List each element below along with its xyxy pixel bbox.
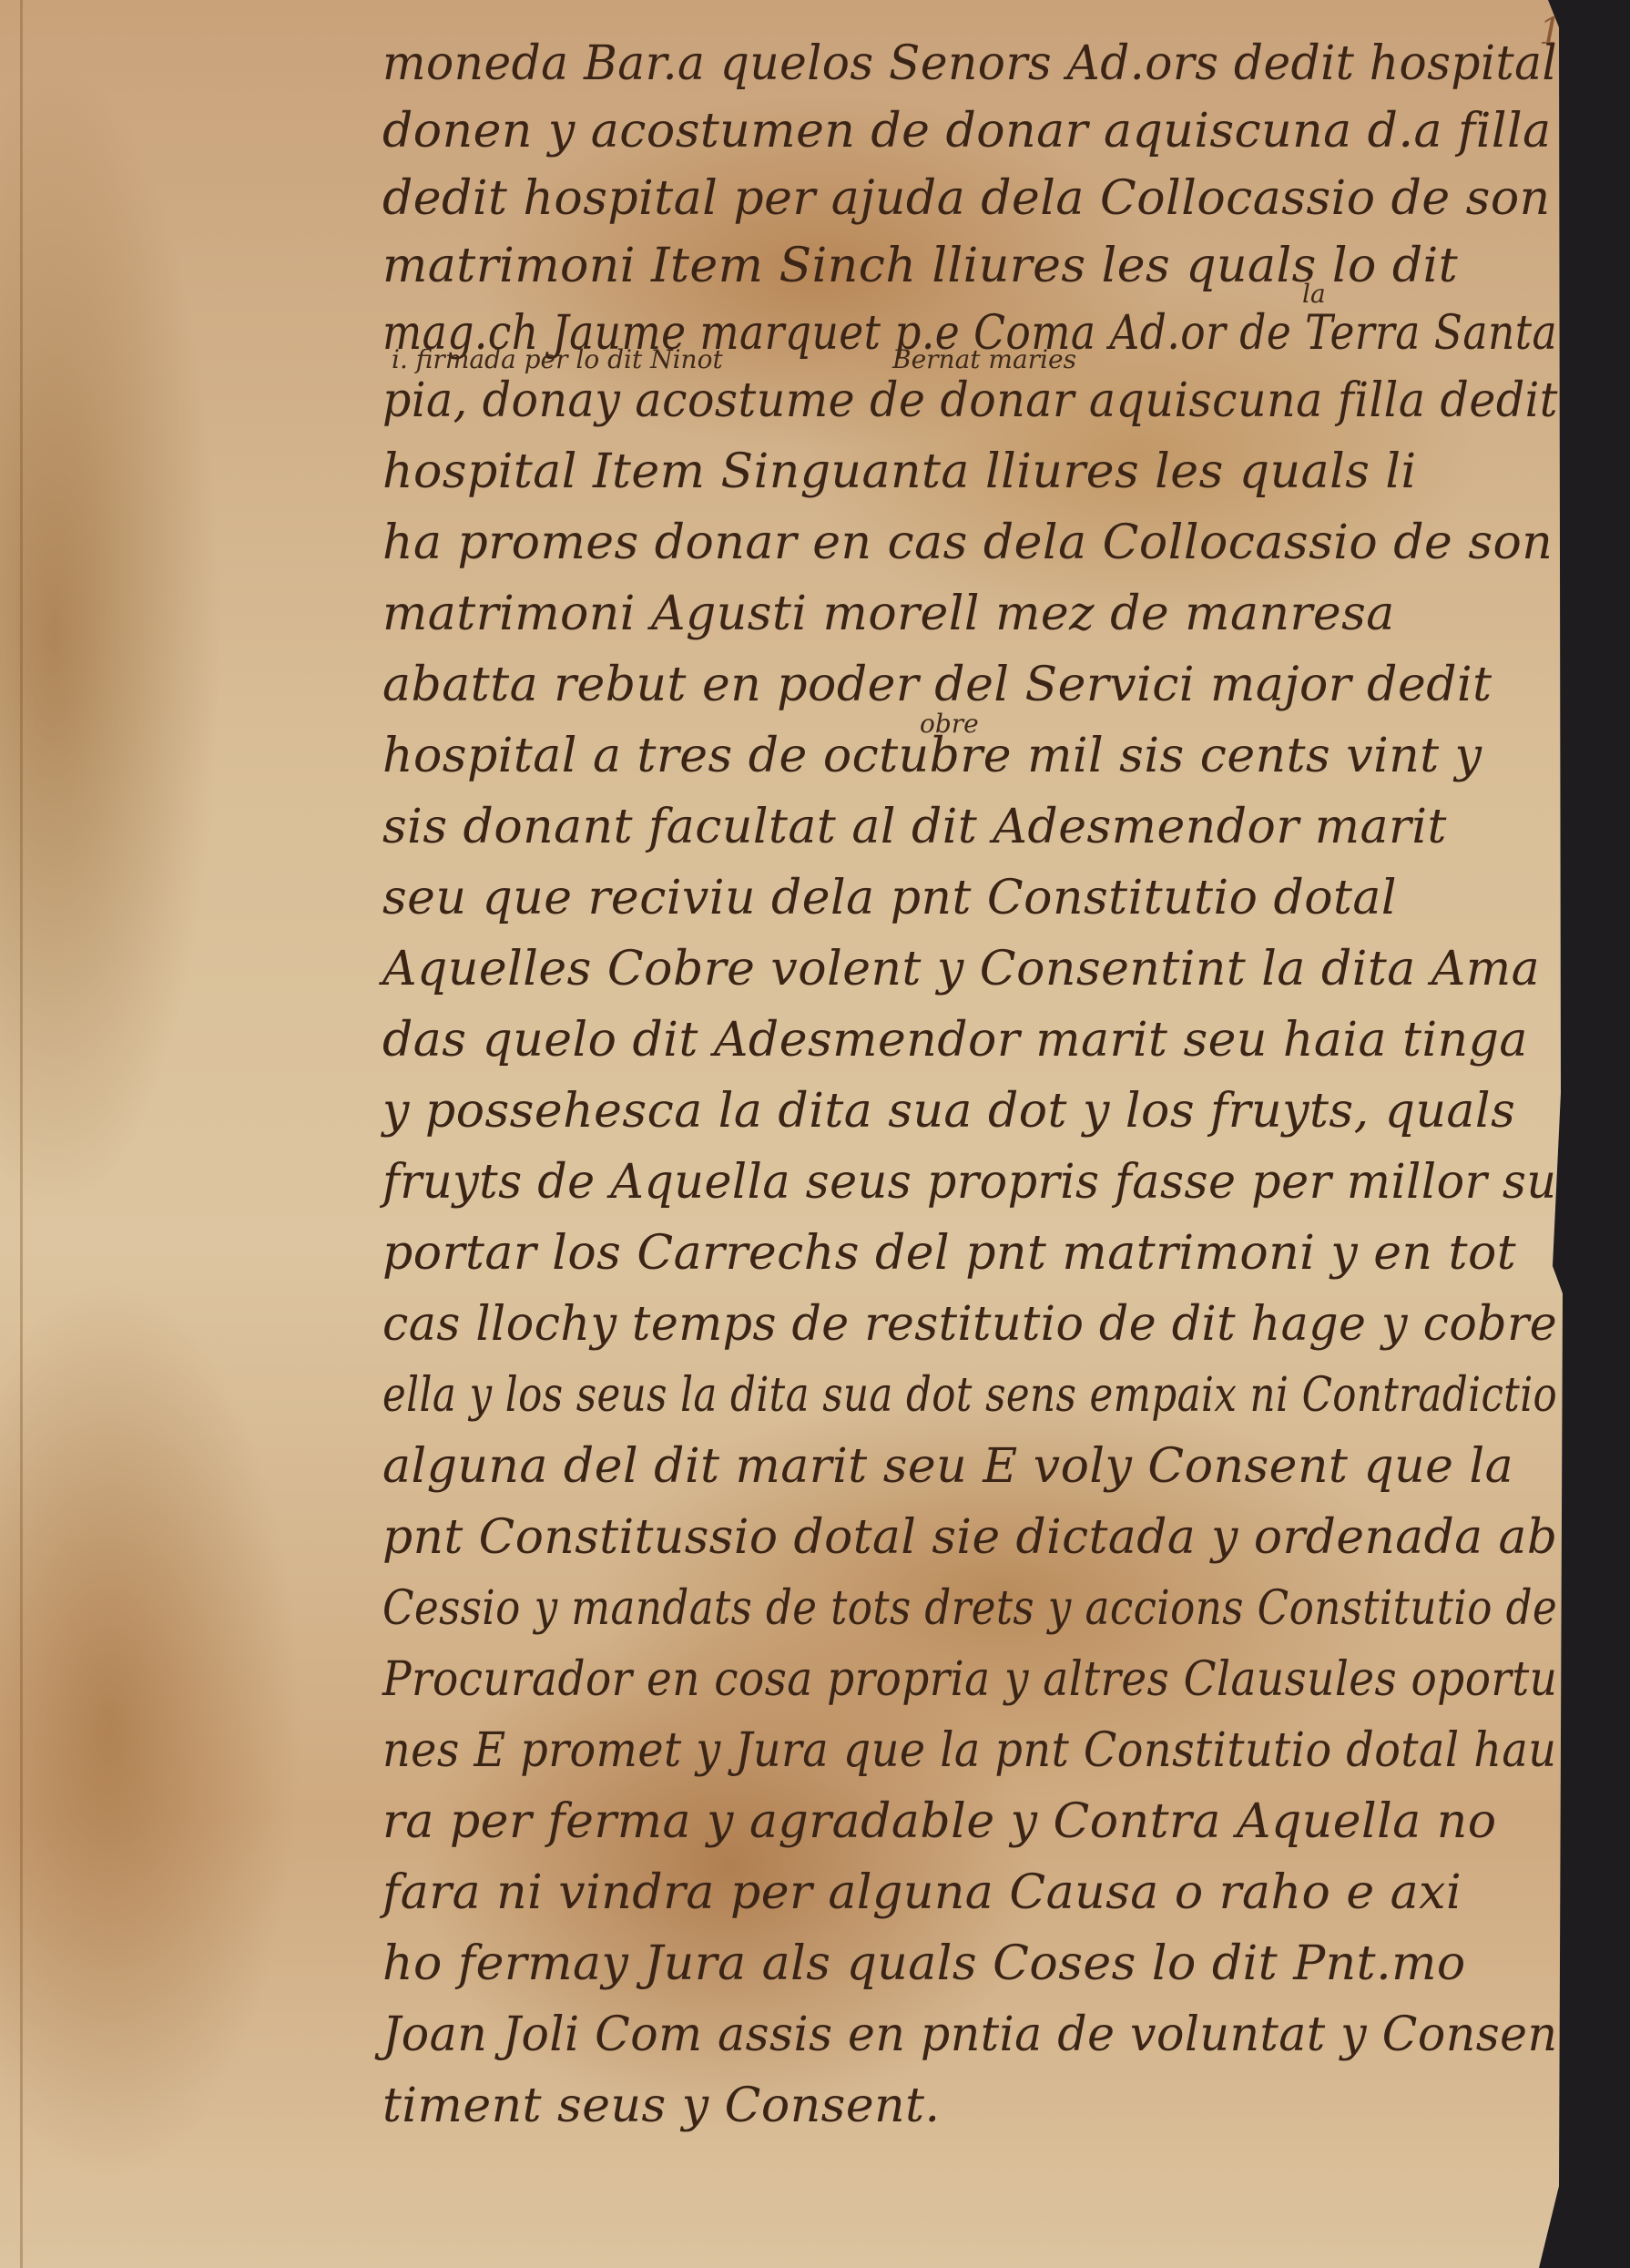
- text-line: das quelo dit Adesmendor marit seu haia …: [382, 1013, 1528, 1068]
- text-line: pnt Constitussio dotal sie dictada y ord…: [382, 1510, 1557, 1565]
- text-line: hospital Item Singuanta lliures les qual…: [382, 444, 1417, 499]
- text-line: portar los Carrechs del pnt matrimoni y …: [382, 1226, 1516, 1281]
- text-line: matrimoni Item Sinch lliures les quals l…: [382, 239, 1458, 293]
- interlinear-note: Bernat maries: [892, 344, 1076, 374]
- text-line: sis donant facultat al dit Adesmendor ma…: [382, 800, 1447, 854]
- text-line: nes E promet y Jura que la pnt Constitut…: [382, 1723, 1556, 1778]
- text-line: seu que reciviu dela pnt Constitutio dot…: [382, 871, 1397, 925]
- text-line: ho fermay Jura als quals Coses lo dit Pn…: [382, 1936, 1466, 1991]
- text-line: matrimoni Agusti morell mez de manresa: [382, 587, 1395, 641]
- text-line: moneda Bar.a quelos Senors Ad.ors dedit …: [382, 36, 1557, 91]
- text-line: pia, donay acostume de donar aquiscuna f…: [382, 373, 1558, 428]
- text-line: dedit hospital per ajuda dela Collocassi…: [382, 171, 1551, 226]
- interlinear-note: la: [1302, 279, 1326, 309]
- text-line: timent seus y Consent.: [382, 2079, 941, 2133]
- binding-fold-line: [20, 0, 23, 2268]
- text-line: ella y los seus la dita sua dot sens emp…: [382, 1368, 1557, 1423]
- text-line: fruyts de Aquella seus propris fasse per…: [382, 1155, 1557, 1210]
- text-line: alguna del dit marit seu E voly Consent …: [382, 1439, 1513, 1494]
- text-line: cas llochy temps de restitutio de dit ha…: [382, 1297, 1557, 1352]
- text-line: fara ni vindra per alguna Causa o raho e…: [382, 1865, 1462, 1920]
- text-line: Aquelles Cobre volent y Consentint la di…: [382, 942, 1540, 996]
- text-line: y possehesca la dita sua dot y los fruyt…: [382, 1084, 1515, 1139]
- text-line: ha promes donar en cas dela Collocassio …: [382, 516, 1553, 570]
- manuscript-page: 179 moneda Bar.a quelos Senors Ad.ors de…: [0, 0, 1586, 2268]
- text-line: Procurador en cosa propria y altres Clau…: [382, 1652, 1557, 1707]
- text-line: hospital a tres de octubre mil sis cents…: [382, 729, 1482, 783]
- text-line: Joan Joli Com assis en pntia de voluntat…: [382, 2007, 1558, 2062]
- interlinear-note: i. firmada per lo dit Ninot: [392, 344, 723, 374]
- text-line: Cessio y mandats de tots drets y accions…: [382, 1581, 1557, 1636]
- text-line: donen y acostumen de donar aquiscuna d.a…: [382, 104, 1552, 158]
- text-line: ra per ferma y agradable y Contra Aquell…: [382, 1794, 1497, 1849]
- text-line: abatta rebut en poder del Servici major …: [382, 658, 1492, 712]
